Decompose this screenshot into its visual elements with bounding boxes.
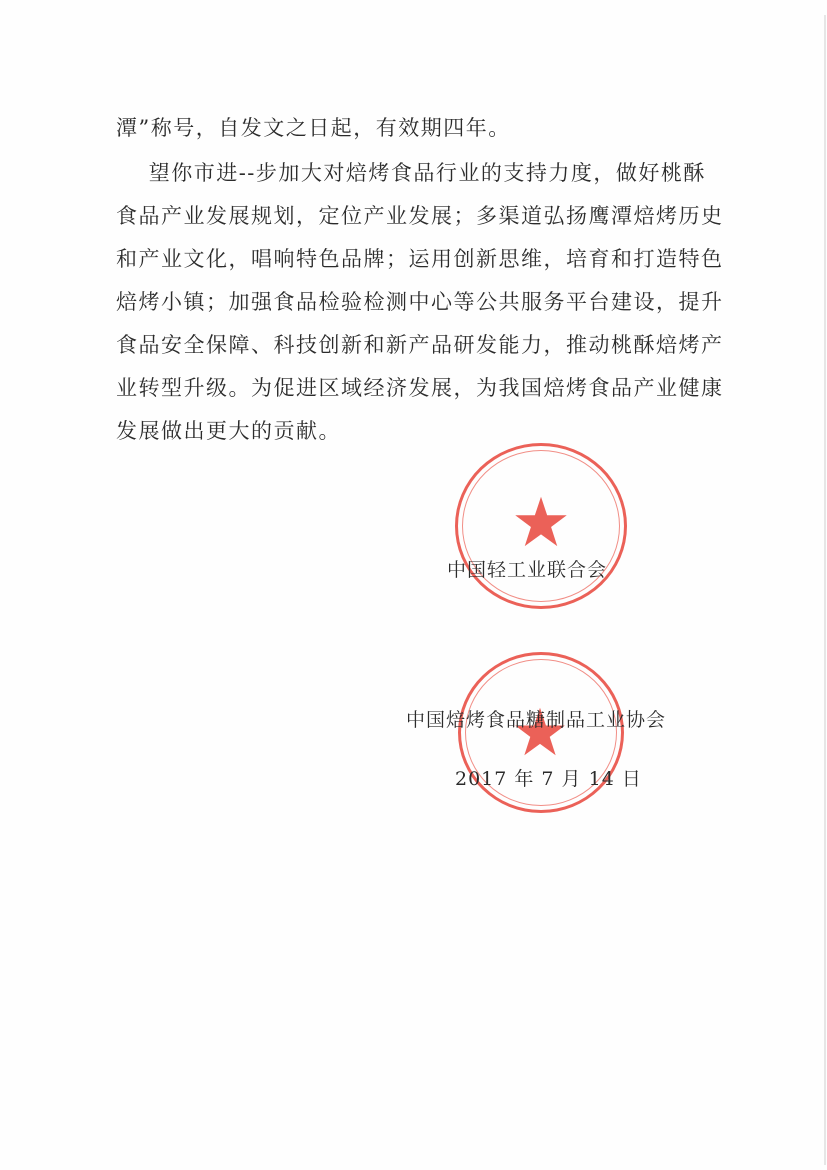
text-line: 食品安全保障、科技创新和新产品研发能力，推动桃酥焙烤产 [116, 332, 724, 358]
signature-org-2: 中国焙烤食品糖制品工业协会 [406, 705, 666, 732]
signature-date: 2017 年 7 月 14 日 [455, 764, 642, 791]
text-line: 业转型升级。为促进区域经济发展，为我国焙烤食品产业健康 [116, 375, 724, 401]
text-line: 和产业文化，唱响特色品牌；运用创新思维，培育和打造特色 [116, 246, 724, 272]
text-line: 潭”称号，自发文之日起，有效期四年。 [116, 115, 511, 141]
official-seal-1 [455, 443, 627, 609]
text-line: 焙烤小镇；加强食品检验检测中心等公共服务平台建设，提升 [116, 289, 724, 315]
star-icon [513, 494, 569, 550]
document-page: 潭”称号，自发文之日起，有效期四年。 望你市进--步加大对焙烤食品行业的支持力度… [0, 0, 827, 1170]
signature-org-1: 中国轻工业联合会 [447, 555, 607, 582]
text-line: 发展做出更大的贡献。 [116, 418, 341, 444]
text-line: 食品产业发展规划，定位产业发展；多渠道弘扬鹰潭焙烤历史 [116, 203, 724, 229]
text-line: 望你市进--步加大对焙烤食品行业的支持力度，做好桃酥 [116, 160, 706, 186]
page-edge [824, 15, 826, 1165]
